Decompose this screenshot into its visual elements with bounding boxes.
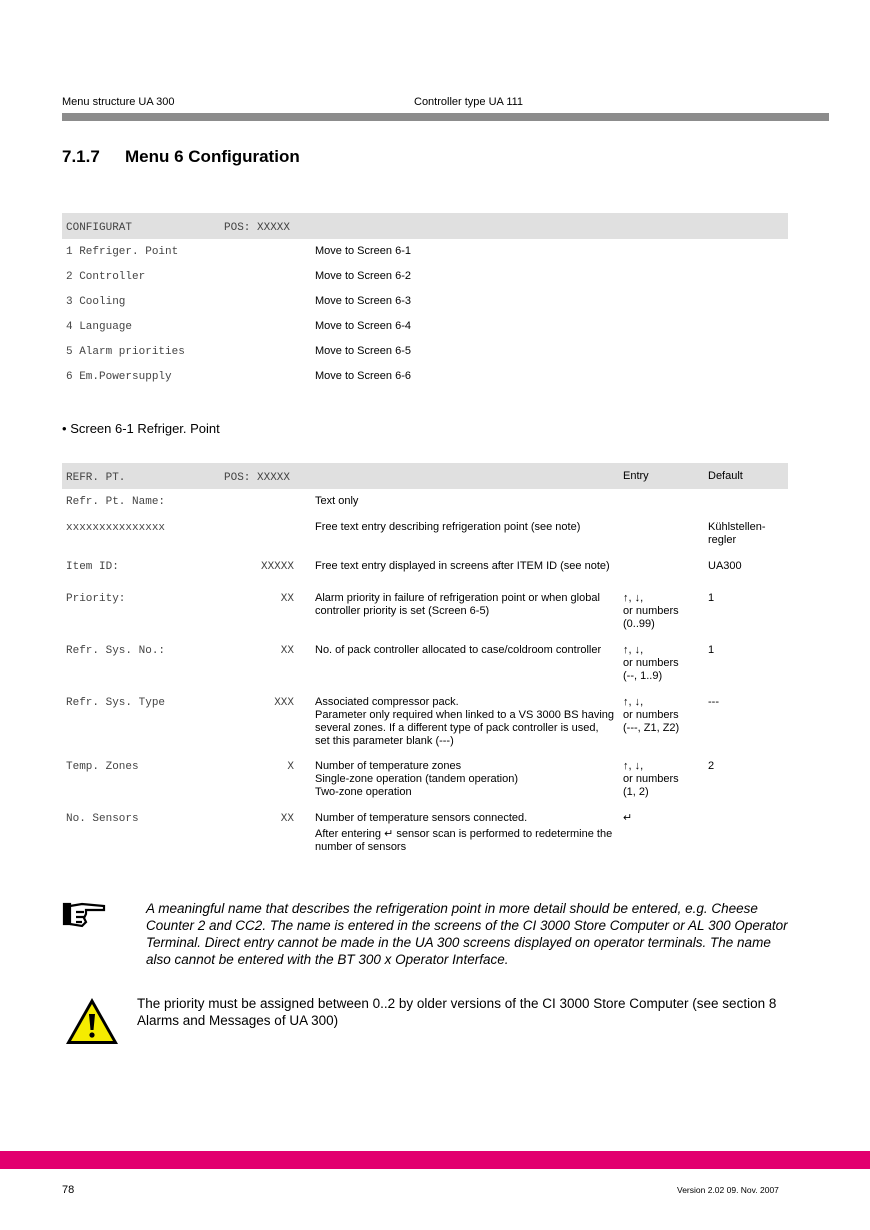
param-entry: ↑, ↓, or numbers (0..99)	[623, 592, 703, 631]
config-table-header: CONFIGURAT POS: XXXXX	[62, 213, 788, 239]
param-description: Free text entry displayed in screens aft…	[315, 560, 615, 573]
hint-note: A meaningful name that describes the ref…	[146, 900, 796, 968]
param-entry: ↑, ↓, or numbers (---, Z1, Z2)	[623, 696, 703, 735]
refr-row: Refr. Sys. No.:XXNo. of pack controller …	[62, 638, 788, 690]
config-action: Move to Screen 6-3	[315, 295, 615, 308]
param-description: Number of temperature sensors connected.	[315, 812, 615, 825]
param-default: UA300	[708, 560, 788, 573]
header-center: Controller type UA 111	[414, 96, 523, 108]
param-name: xxxxxxxxxxxxxxx	[66, 522, 165, 534]
config-action: Move to Screen 6-6	[315, 370, 615, 383]
refr-table-header: REFR. PT. POS: XXXXX Entry Default	[62, 463, 788, 489]
refr-row: Refr. Pt. Name:Text only	[62, 489, 788, 515]
param-entry: ↑, ↓, or numbers (--, 1..9)	[623, 644, 703, 683]
config-item: 4 Language	[66, 321, 132, 333]
param-name: Refr. Sys. No.:	[66, 645, 165, 657]
param-description: Associated compressor pack. Parameter on…	[315, 696, 615, 748]
warning-note: The priority must be assigned between 0.…	[137, 995, 797, 1029]
config-row: 4 LanguageMove to Screen 6-4	[62, 314, 788, 339]
param-value: XX	[281, 593, 294, 605]
section-title: 7.1.7Menu 6 Configuration	[62, 147, 300, 167]
param-name: No. Sensors	[66, 813, 139, 825]
param-description: Number of temperature zones Single-zone …	[315, 760, 615, 799]
param-default: 1	[708, 592, 788, 605]
config-row: 1 Refriger. PointMove to Screen 6-1	[62, 239, 788, 264]
subsection-title: Screen 6-1 Refriger. Point	[70, 421, 220, 436]
config-item: 5 Alarm priorities	[66, 346, 185, 358]
param-default: 1	[708, 644, 788, 657]
config-action: Move to Screen 6-5	[315, 345, 615, 358]
param-value: XXX	[274, 697, 294, 709]
config-action: Move to Screen 6-2	[315, 270, 615, 283]
param-description: Free text entry describing refrigeration…	[315, 521, 615, 534]
section-name: Menu 6 Configuration	[125, 147, 300, 166]
refr-row: Priority:XXAlarm priority in failure of …	[62, 586, 788, 638]
refr-row: No. SensorsXXNumber of temperature senso…	[62, 806, 788, 856]
param-description: No. of pack controller allocated to case…	[315, 644, 615, 657]
version-info: Version 2.02 09. Nov. 2007	[677, 1185, 779, 1195]
refr-head-entry: Entry	[623, 470, 703, 483]
config-head-pos: POS: XXXXX	[224, 222, 290, 234]
refr-row: Temp. ZonesXNumber of temperature zones …	[62, 754, 788, 806]
param-name: Temp. Zones	[66, 761, 139, 773]
header-left: Menu structure UA 300	[62, 96, 175, 108]
param-value: XXXXX	[261, 561, 294, 573]
bullet: •	[62, 421, 67, 436]
refr-head-pos: POS: XXXXX	[224, 472, 290, 484]
config-item: 3 Cooling	[66, 296, 125, 308]
config-item: 6 Em.Powersupply	[66, 371, 172, 383]
refr-row: Item ID:XXXXXFree text entry displayed i…	[62, 554, 788, 586]
warning-triangle-icon	[64, 996, 120, 1046]
pointing-hand-icon	[62, 900, 108, 932]
refr-row: xxxxxxxxxxxxxxxFree text entry describin…	[62, 515, 788, 554]
config-row: 5 Alarm prioritiesMove to Screen 6-5	[62, 339, 788, 364]
refr-head-name: REFR. PT.	[66, 472, 125, 484]
param-default: 2	[708, 760, 788, 773]
param-value: X	[287, 761, 294, 773]
param-description: Alarm priority in failure of refrigerati…	[315, 592, 615, 618]
config-action: Move to Screen 6-4	[315, 320, 615, 333]
param-default: ---	[708, 696, 788, 709]
param-value: XX	[281, 645, 294, 657]
config-action: Move to Screen 6-1	[315, 245, 615, 258]
param-name: Item ID:	[66, 561, 119, 573]
footer-accent-bar	[0, 1151, 870, 1169]
config-head-name: CONFIGURAT	[66, 222, 132, 234]
param-name: Refr. Sys. Type	[66, 697, 165, 709]
refr-head-default: Default	[708, 470, 788, 483]
page-number: 78	[62, 1184, 74, 1196]
subsection-heading: • Screen 6-1 Refriger. Point	[62, 421, 220, 436]
config-item: 2 Controller	[66, 271, 145, 283]
param-entry: ↑, ↓, or numbers (1, 2)	[623, 760, 703, 799]
header-divider	[62, 113, 829, 121]
config-row: 3 CoolingMove to Screen 6-3	[62, 289, 788, 314]
param-description-extra: After entering ↵ sensor scan is performe…	[315, 828, 615, 854]
config-row: 6 Em.PowersupplyMove to Screen 6-6	[62, 364, 788, 389]
refr-point-table: REFR. PT. POS: XXXXX Entry Default Refr.…	[62, 463, 788, 856]
config-table: CONFIGURAT POS: XXXXX 1 Refriger. PointM…	[62, 213, 788, 389]
section-number: 7.1.7	[62, 147, 125, 167]
config-row: 2 ControllerMove to Screen 6-2	[62, 264, 788, 289]
config-item: 1 Refriger. Point	[66, 246, 178, 258]
param-default: Kühlstellen- regler	[708, 521, 788, 547]
refr-row: Refr. Sys. TypeXXXAssociated compressor …	[62, 690, 788, 754]
param-name: Refr. Pt. Name:	[66, 496, 165, 508]
param-value: XX	[281, 813, 294, 825]
param-name: Priority:	[66, 593, 125, 605]
param-entry: ↵	[623, 812, 703, 825]
param-description: Text only	[315, 495, 615, 508]
